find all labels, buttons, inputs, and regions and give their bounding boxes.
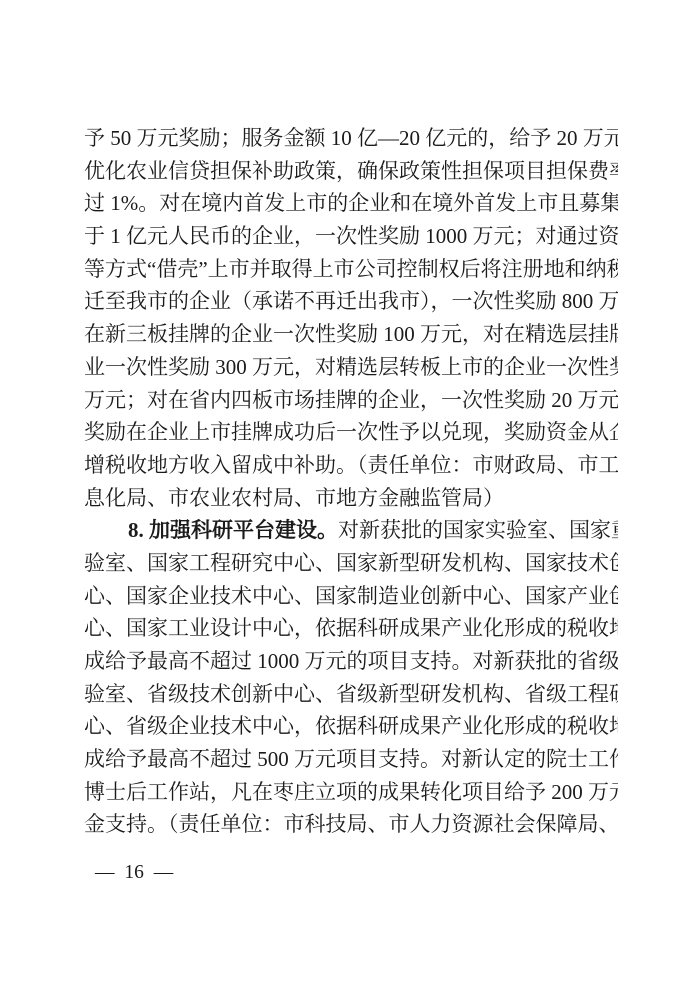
text-line: 心、省级企业技术中心，依据科研成果产业化形成的税收地方留 [84,710,618,743]
text-line: 息化局、市农业农村局、市地方金融监管局） [84,482,618,515]
responsible-unit-text: （责任单位：市科技局、市人力资源社会保障局、市发展 [168,812,618,836]
responsible-unit-text: （责任单位：市财政局、市工业和信 [357,453,618,477]
document-page: 予 50 万元奖励；服务金额 10 亿—20 亿元的，给予 20 万元奖励。 优… [0,0,700,989]
text-segment: 心、国家企业技术中心、国家制造业创新中心、国家产业创新中 [84,584,618,608]
text-segment: 博士后工作站，凡在枣庄立项的成果转化项目给予 200 万元的资 [84,780,618,804]
text-segment: 成给予最高不超过 500 万元项目支持。对新认定的院士工作站、 [84,747,618,771]
text-line: 心、国家企业技术中心、国家制造业创新中心、国家产业创新中 [84,580,618,613]
text-segment: 优化农业信贷担保补助政策，确保政策性担保项目担保费率不超 [84,159,618,183]
text-segment: 万元；对在省内四板市场挂牌的企业，一次性奖励 20 万元。以上 [84,388,618,412]
page-number: — 16 — [95,861,173,885]
text-line: 验室、省级技术创新中心、省级新型研发机构、省级工程研究中 [84,678,618,711]
paragraph-research-platforms: 8. 加强科研平台建设。对新获批的国家实验室、国家重点实 验室、国家工程研究中心… [84,514,618,841]
responsible-unit-text: 息化局、市农业农村局、市地方金融监管局） [84,486,504,510]
text-line: 过 1%。对在境内首发上市的企业和在境外首发上市且募集资金高 [84,187,618,220]
text-segment: 心、省级企业技术中心，依据科研成果产业化形成的税收地方留 [84,714,618,738]
text-segment: 予 50 万元奖励；服务金额 10 亿—20 亿元的，给予 20 万元奖励。 [84,126,618,150]
text-line: 业一次性奖励 300 万元，对精选层转板上市的企业一次性奖励 600 [84,351,618,384]
text-segment: 验室、省级技术创新中心、省级新型研发机构、省级工程研究中 [84,682,618,706]
text-line: 予 50 万元奖励；服务金额 10 亿—20 亿元的，给予 20 万元奖励。 [84,122,618,155]
text-line: 金支持。（责任单位：市科技局、市人力资源社会保障局、市发展 [84,808,618,841]
text-line: 迁至我市的企业（承诺不再迁出我市），一次性奖励 800 万元；对 [84,285,618,318]
text-segment: 心、国家工业设计中心，依据科研成果产业化形成的税收地方留 [84,616,618,640]
paragraph-listing-rewards: 予 50 万元奖励；服务金额 10 亿—20 亿元的，给予 20 万元奖励。 优… [84,122,618,514]
text-line: 增税收地方收入留成中补助。（责任单位：市财政局、市工业和信 [84,449,618,482]
section-heading: 8. 加强科研平台建设。 [128,518,338,542]
text-line: 成给予最高不超过 500 万元项目支持。对新认定的院士工作站、 [84,743,618,776]
text-line: 于 1 亿元人民币的企业，一次性奖励 1000 万元；对通过资产重组 [84,220,618,253]
text-segment: 金支持。 [84,812,168,836]
text-segment: 成给予最高不超过 1000 万元的项目支持。对新获批的省级重点实 [84,649,618,673]
text-segment: 验室、国家工程研究中心、国家新型研发机构、国家技术创新中 [84,551,618,575]
text-segment: 业一次性奖励 300 万元，对精选层转板上市的企业一次性奖励 600 [84,355,618,379]
text-line: 成给予最高不超过 1000 万元的项目支持。对新获批的省级重点实 [84,645,618,678]
text-line: 在新三板挂牌的企业一次性奖励 100 万元，对在精选层挂牌的企 [84,318,618,351]
document-text-block: 予 50 万元奖励；服务金额 10 亿—20 亿元的，给予 20 万元奖励。 优… [84,122,618,841]
text-segment: 于 1 亿元人民币的企业，一次性奖励 1000 万元；对通过资产重组 [84,224,618,248]
text-line: 奖励在企业上市挂牌成功后一次性予以兑现，奖励资金从企业新 [84,416,618,449]
text-line: 8. 加强科研平台建设。对新获批的国家实验室、国家重点实 [84,514,618,547]
text-line: 验室、国家工程研究中心、国家新型研发机构、国家技术创新中 [84,547,618,580]
text-segment: 迁至我市的企业（承诺不再迁出我市），一次性奖励 800 万元；对 [84,289,618,313]
text-line: 心、国家工业设计中心，依据科研成果产业化形成的税收地方留 [84,612,618,645]
text-segment: 对新获批的国家实验室、国家重点实 [338,518,618,542]
text-segment: 过 1%。对在境内首发上市的企业和在境外首发上市且募集资金高 [84,191,618,215]
text-line: 博士后工作站，凡在枣庄立项的成果转化项目给予 200 万元的资 [84,776,618,809]
text-segment: 奖励在企业上市挂牌成功后一次性予以兑现，奖励资金从企业新 [84,420,618,444]
text-segment: 在新三板挂牌的企业一次性奖励 100 万元，对在精选层挂牌的企 [84,322,618,346]
text-line: 万元；对在省内四板市场挂牌的企业，一次性奖励 20 万元。以上 [84,384,618,417]
text-segment: 增税收地方收入留成中补助。 [84,453,357,477]
text-line: 优化农业信贷担保补助政策，确保政策性担保项目担保费率不超 [84,155,618,188]
text-segment: 等方式“借壳”上市并取得上市公司控制权后将注册地和纳税地 [84,257,618,281]
text-line: 等方式“借壳”上市并取得上市公司控制权后将注册地和纳税地 [84,253,618,286]
